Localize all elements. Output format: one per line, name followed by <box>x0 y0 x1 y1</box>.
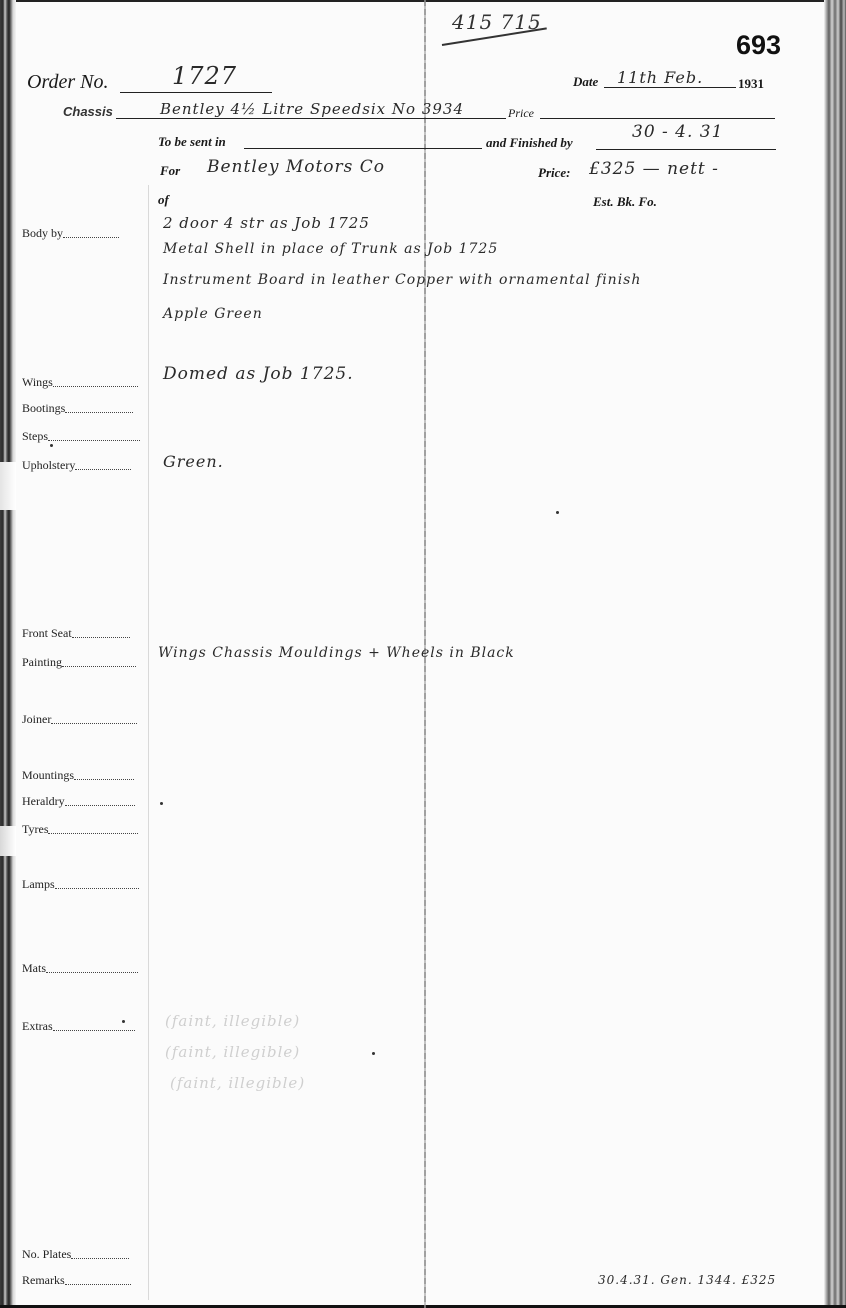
field-label-no-plates: No. Plates <box>22 1247 129 1262</box>
body-by-line-2: Metal Shell in place of Trunk as Job 172… <box>163 241 498 257</box>
scan-speck <box>50 444 53 447</box>
price-value: £325 — nett - <box>589 159 719 179</box>
field-label-bootings: Bootings <box>22 401 133 416</box>
upholstery-line-1: Green. <box>163 452 224 471</box>
date-line <box>604 87 736 88</box>
chassis-label: Chassis <box>63 104 113 119</box>
order-number-line <box>120 92 272 93</box>
date-value: 11th Feb. <box>617 68 703 87</box>
page-top-edge <box>0 0 846 2</box>
painting-line-1: Wings Chassis Mouldings + Wheels in Blac… <box>158 645 515 661</box>
order-number-value: 1727 <box>172 62 237 90</box>
date-label: Date <box>573 74 598 90</box>
finished-by-line <box>596 149 776 150</box>
field-label-painting: Painting <box>22 655 136 670</box>
body-by-line-4: Apple Green <box>163 306 263 322</box>
for-label: For <box>160 163 180 179</box>
page-number: 693 <box>736 30 781 61</box>
binding-right-edge <box>824 0 846 1308</box>
field-label-remarks: Remarks <box>22 1273 131 1288</box>
body-by-line-3: Instrument Board in leather Copper with … <box>163 272 641 288</box>
extras-line-1: (faint, illegible) <box>165 1012 300 1030</box>
field-label-heraldry: Heraldry <box>22 794 135 809</box>
remarks-value: 30.4.31. Gen. 1344. £325 <box>598 1273 776 1287</box>
of-label: of <box>158 192 169 208</box>
finished-by-label: and Finished by <box>486 135 573 151</box>
order-number-label: Order No. <box>27 71 108 94</box>
scan-speck <box>556 511 559 514</box>
scan-speck <box>372 1052 375 1055</box>
field-label-tyres: Tyres <box>22 822 138 837</box>
field-label-steps: Steps <box>22 429 140 444</box>
to-be-sent-in-line <box>244 148 482 149</box>
finished-by-value: 30 - 4. 31 <box>632 122 723 142</box>
chassis-value: Bentley 4½ Litre Speedsix No 3934 <box>160 100 464 118</box>
scan-speck <box>160 802 163 805</box>
for-value: Bentley Motors Co <box>207 157 385 177</box>
price-header-line <box>540 118 775 119</box>
extras-line-3: (faint, illegible) <box>170 1074 305 1092</box>
field-label-wings: Wings <box>22 375 138 390</box>
price-header-label: Price <box>508 106 534 121</box>
binding-left-edge <box>0 0 16 1308</box>
date-year: 1931 <box>738 76 764 92</box>
price-label: Price: <box>538 165 570 181</box>
extras-line-2: (faint, illegible) <box>165 1043 300 1061</box>
wings-line-1: Domed as Job 1725. <box>163 364 354 384</box>
field-label-lamps: Lamps <box>22 877 139 892</box>
body-by-line-1: 2 door 4 str as Job 1725 <box>163 214 370 232</box>
scan-speck <box>122 1020 125 1023</box>
field-label-joiner: Joiner <box>22 712 137 727</box>
field-label-extras: Extras <box>22 1019 135 1034</box>
field-label-mountings: Mountings <box>22 768 134 783</box>
chassis-line <box>116 118 506 119</box>
field-label-upholstery: Upholstery <box>22 458 131 473</box>
to-be-sent-in-label: To be sent in <box>158 134 226 150</box>
field-label-mats: Mats <box>22 961 138 976</box>
margin-line <box>148 185 149 1300</box>
field-label-body-by: Body by <box>22 226 119 241</box>
est-bk-fo-label: Est. Bk. Fo. <box>593 194 657 210</box>
field-label-front-seat: Front Seat <box>22 626 130 641</box>
